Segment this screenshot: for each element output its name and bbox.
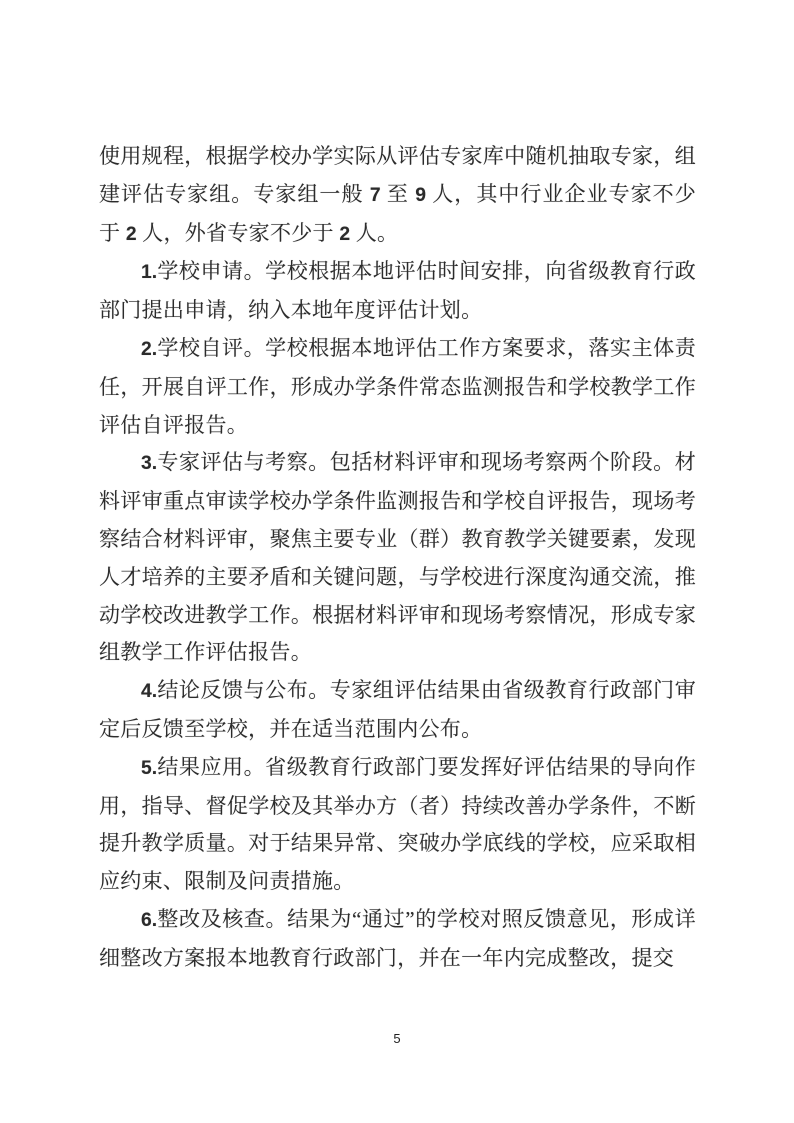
paragraph-continuation: 使用规程，根据学校办学实际从评估专家库中随机抽取专家，组建评估专家组。专家组一般… — [99, 138, 696, 253]
paragraph-item-4-conclusion-feedback: 4.结论反馈与公布。专家组评估结果由省级教育行政部门审定后反馈至学校，并在适当范… — [99, 672, 696, 749]
document-body: 使用规程，根据学校办学实际从评估专家库中随机抽取专家，组建评估专家组。专家组一般… — [99, 138, 696, 978]
page-number: 5 — [0, 1031, 794, 1046]
paragraph-item-5-result-application: 5.结果应用。省级教育行政部门要发挥好评估结果的导向作用，指导、督促学校及其举办… — [99, 749, 696, 901]
paragraph-item-3-expert-evaluation: 3.专家评估与考察。包括材料评审和现场考察两个阶段。材料评审重点审读学校办学条件… — [99, 444, 696, 672]
paragraph-item-6-rectification: 6.整改及核查。结果为“通过”的学校对照反馈意见，形成详细整改方案报本地教育行政… — [99, 901, 696, 978]
paragraph-item-2-school-self-evaluation: 2.学校自评。学校根据本地评估工作方案要求，落实主体责任，开展自评工作，形成办学… — [99, 330, 696, 444]
document-page: 使用规程，根据学校办学实际从评估专家库中随机抽取专家，组建评估专家组。专家组一般… — [0, 0, 794, 1123]
paragraph-item-1-school-application: 1.学校申请。学校根据本地评估时间安排，向省级教育行政部门提出申请，纳入本地年度… — [99, 253, 696, 330]
